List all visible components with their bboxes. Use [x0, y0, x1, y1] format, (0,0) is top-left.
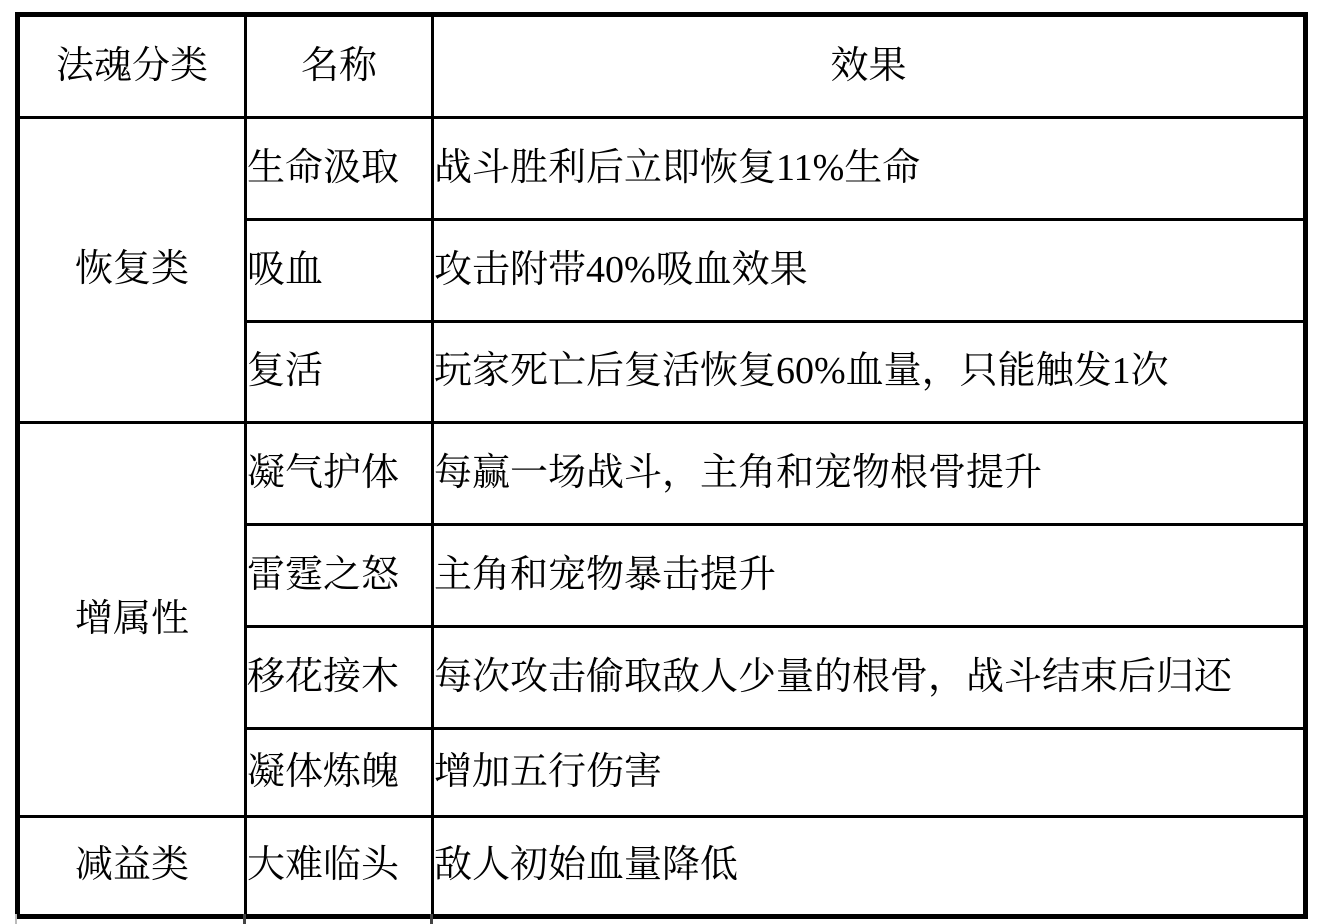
name-cell: 凝体炼魄: [246, 729, 433, 817]
effect-cell: 增加五行伤害: [433, 729, 1306, 817]
header-effect: 效果: [433, 15, 1306, 118]
effect-cell: 玩家死亡后复活恢复60%血量，只能触发1次: [433, 322, 1306, 423]
table-row: 恢复类 生命汲取 战斗胜利后立即恢复11%生命: [18, 118, 1306, 220]
category-cell-debuff: 减益类: [18, 817, 246, 917]
effect-cell: 战斗胜利后立即恢复11%生命: [433, 118, 1306, 220]
name-cell: 复活: [246, 322, 433, 423]
effect-cell: 敌人初始血量降低: [433, 817, 1306, 917]
effect-cell: 攻击附带40%吸血效果: [433, 220, 1306, 322]
screenshot-root: 法魂分类 名称 效果 恢复类 生命汲取 战斗胜利后立即恢复11%生命 吸血 攻击…: [0, 0, 1318, 924]
name-cell: 凝气护体: [246, 423, 433, 525]
soul-classification-table: 法魂分类 名称 效果 恢复类 生命汲取 战斗胜利后立即恢复11%生命 吸血 攻击…: [15, 12, 1308, 919]
name-cell: 吸血: [246, 220, 433, 322]
category-cell-attribute: 增属性: [18, 423, 246, 817]
name-cell: 大难临头: [246, 817, 433, 917]
name-cell: 生命汲取: [246, 118, 433, 220]
name-cell: 雷霆之怒: [246, 525, 433, 627]
table-header: 法魂分类 名称 效果: [18, 15, 1306, 118]
effect-cell: 每次攻击偷取敌人少量的根骨，战斗结束后归还: [433, 627, 1306, 729]
category-cell-recovery: 恢复类: [18, 118, 246, 423]
header-category: 法魂分类: [18, 15, 246, 118]
table-body: 恢复类 生命汲取 战斗胜利后立即恢复11%生命 吸血 攻击附带40%吸血效果 复…: [18, 118, 1306, 917]
table-continuation-stub: [15, 914, 17, 924]
header-name: 名称: [246, 15, 433, 118]
table-continuation-stub: [243, 914, 246, 924]
name-cell: 移花接木: [246, 627, 433, 729]
effect-cell: 主角和宠物暴击提升: [433, 525, 1306, 627]
effect-cell: 每赢一场战斗，主角和宠物根骨提升: [433, 423, 1306, 525]
table-continuation-stub: [430, 914, 433, 924]
table-row: 增属性 凝气护体 每赢一场战斗，主角和宠物根骨提升: [18, 423, 1306, 525]
table-row: 减益类 大难临头 敌人初始血量降低: [18, 817, 1306, 917]
header-row: 法魂分类 名称 效果: [18, 15, 1306, 118]
